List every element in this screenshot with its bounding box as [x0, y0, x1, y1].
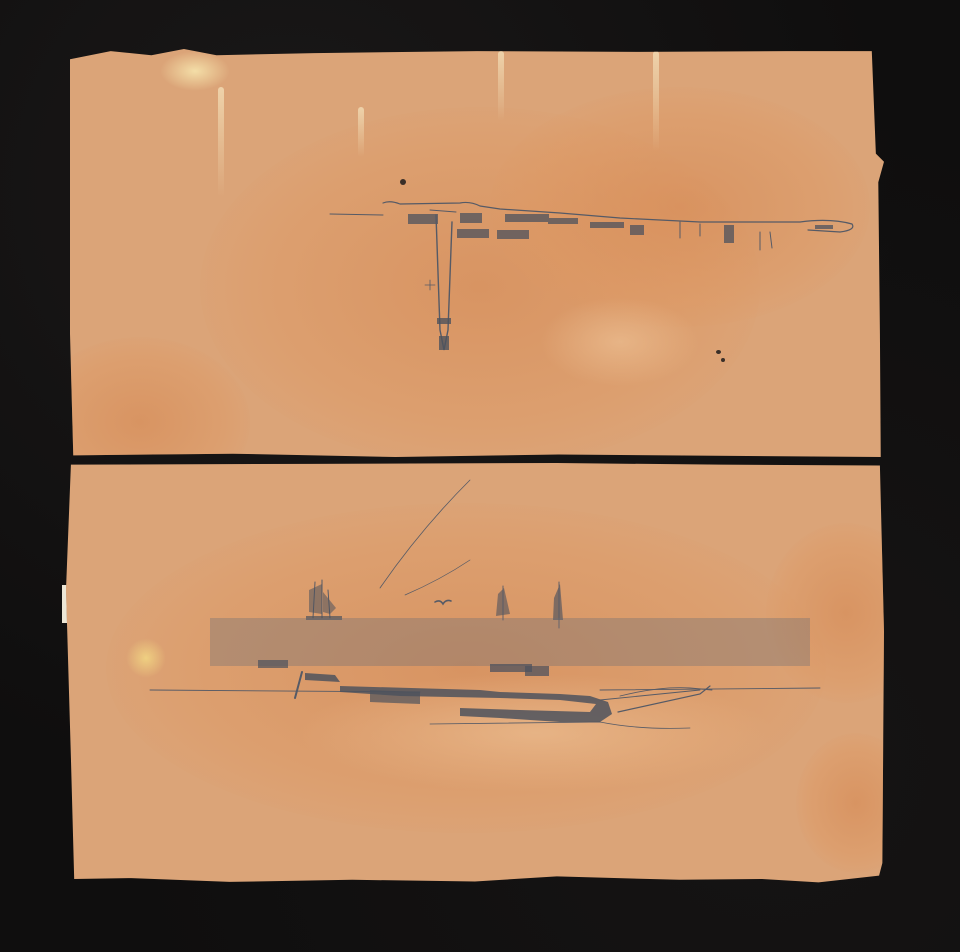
wrecked-boat-hull — [295, 672, 710, 722]
sailing-ship-left — [306, 580, 342, 620]
stray-pencil-line — [380, 480, 470, 588]
sea-horizon-shading — [210, 618, 810, 666]
bird-icon — [435, 600, 451, 604]
pencil-sketches — [0, 0, 960, 952]
pier-sketch — [425, 210, 456, 350]
stray-pencil-line — [405, 560, 470, 595]
coastline-sketch — [330, 202, 853, 250]
sailing-ship-middle — [496, 586, 510, 620]
